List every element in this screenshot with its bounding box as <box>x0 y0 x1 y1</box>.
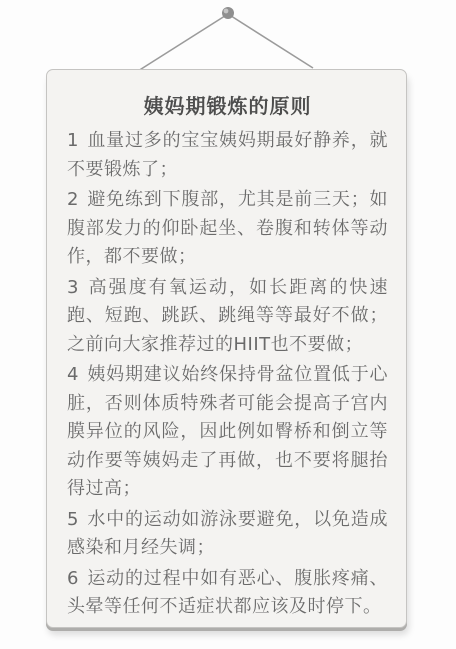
item-number: 5 <box>67 509 79 530</box>
hanging-string-left <box>138 14 228 71</box>
item-number: 4 <box>67 364 79 385</box>
item-text: 高强度有氧运动，如长距离的快速跑、短跑、跳跃、跳绳等等最好不做；之前向大家推荐过… <box>67 277 388 355</box>
item-text: 避免练到下腹部，尤其是前三天；如腹部发力的仰卧起坐、卷腹和转体等动作，都不要做； <box>67 189 388 267</box>
item-text: 姨妈期建议始终保持骨盆位置低于心脏，否则体质特殊者可能会提高子宫内膜异位的风险，… <box>67 364 388 499</box>
board-title: 姨妈期锻炼的原则 <box>67 95 388 118</box>
pin-icon <box>222 7 234 19</box>
item-number: 3 <box>67 277 79 298</box>
hanging-board: 姨妈期锻炼的原则 1血量过多的宝宝姨妈期最好静养，就不要锻炼了； 2避免练到下腹… <box>46 69 407 628</box>
page-root: { "board": { "title": "姨妈期锻炼的原则", "items… <box>0 0 456 649</box>
principle-item-5: 5水中的运动如游泳要避免，以免造成感染和月经失调； <box>67 506 388 563</box>
principle-item-4: 4姨妈期建议始终保持骨盆位置低于心脏，否则体质特殊者可能会提高子宫内膜异位的风险… <box>67 361 388 504</box>
principle-item-6: 6运动的过程中如有恶心、腹胀疼痛、头晕等任何不适症状都应该及时停下。 <box>67 565 388 622</box>
principle-item-2: 2避免练到下腹部，尤其是前三天；如腹部发力的仰卧起坐、卷腹和转体等动作，都不要做… <box>67 186 388 272</box>
hanging-string-right <box>228 14 313 68</box>
hanger-strings <box>0 0 456 80</box>
item-number: 6 <box>67 568 79 589</box>
principle-item-3: 3高强度有氧运动，如长距离的快速跑、短跑、跳跃、跳绳等等最好不做；之前向大家推荐… <box>67 274 388 360</box>
item-number: 1 <box>67 130 79 151</box>
item-number: 2 <box>67 189 79 210</box>
item-text: 水中的运动如游泳要避免，以免造成感染和月经失调； <box>67 509 388 559</box>
item-text: 运动的过程中如有恶心、腹胀疼痛、头晕等任何不适症状都应该及时停下。 <box>67 568 388 618</box>
pin-highlight <box>224 9 229 14</box>
principles-list: 1血量过多的宝宝姨妈期最好静养，就不要锻炼了； 2避免练到下腹部，尤其是前三天；… <box>67 127 388 622</box>
item-text: 血量过多的宝宝姨妈期最好静养，就不要锻炼了； <box>67 130 388 180</box>
principle-item-1: 1血量过多的宝宝姨妈期最好静养，就不要锻炼了； <box>67 127 388 184</box>
